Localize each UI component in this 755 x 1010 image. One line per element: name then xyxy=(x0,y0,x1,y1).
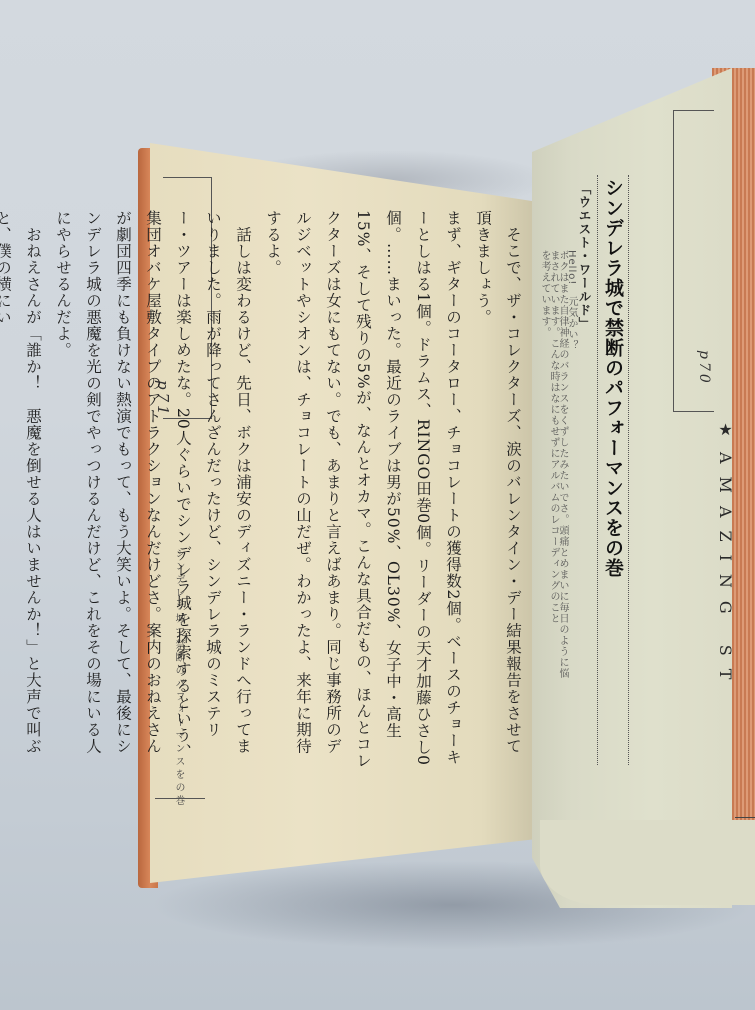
series-title: ★AMAZING ST xyxy=(716,420,735,692)
running-head-rule xyxy=(155,798,205,799)
paragraph: そこで、ザ・コレクターズ、涙のバレンタイン・デー結果報告をさせて頂きましょう。 xyxy=(468,210,528,770)
intro-line: Hello! 元気かい？ xyxy=(567,250,576,740)
paragraph: おねえさんが「誰か！ 悪魔を倒せる人はいませんか！」と大声で叫ぶと、僕の横にい xyxy=(0,210,48,770)
right-rule xyxy=(735,817,755,818)
chapter-subtitle: 「ウエスト・ワールド」 xyxy=(575,182,593,331)
right-intro-text: Hello! 元気かい？ ボクはまた自律神経のバランスをくずしたみたいでさ。頭痛… xyxy=(540,250,576,740)
intro-line: ボクはまた自律神経のバランスをくずしたみたいでさ。頭痛とめまいに毎日のように悩 xyxy=(558,250,567,740)
left-body-text: そこで、ザ・コレクターズ、涙のバレンタイン・デー結果報告をさせて頂きましょう。 … xyxy=(228,210,528,770)
paragraph: まず、ギターのコータロー、チョコレートの獲得数2個。ベースのチョーキーとしはる1… xyxy=(258,210,468,770)
right-page-curl xyxy=(540,820,755,905)
paragraph: 話しは変わるけど、先日、ボクは浦安のディズニー・ランドへ行ってまいりました。雨が… xyxy=(48,210,258,770)
right-page-number: p70 xyxy=(696,350,712,386)
chapter-title: シンデレラ城で禁断のパフォーマンスをの巻 xyxy=(600,178,627,578)
